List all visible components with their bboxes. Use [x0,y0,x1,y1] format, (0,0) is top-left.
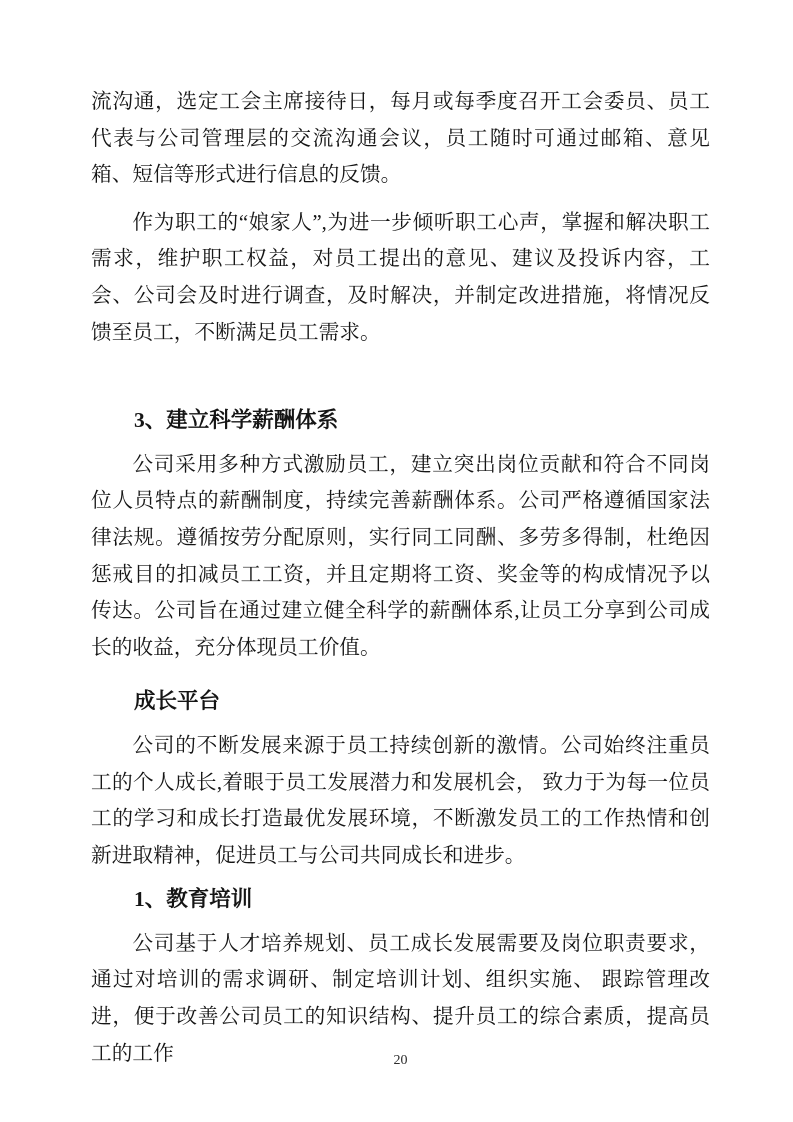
paragraph-growth-platform: 公司的不断发展来源于员工持续创新的激情。公司始终注重员工的个人成长,着眼于员工发… [91,728,710,874]
heading-salary-system: 3、建立科学薪酬体系 [91,402,710,439]
page-footer: 20 [91,1051,710,1069]
document-page: 流沟通，选定工会主席接待日，每月或每季度召开工会委员、员工代表与公司管理层的交流… [0,0,793,1122]
document-content: 流沟通，选定工会主席接待日，每月或每季度召开工会委员、员工代表与公司管理层的交流… [91,84,710,1072]
paragraph-union-communication: 流沟通，选定工会主席接待日，每月或每季度召开工会委员、员工代表与公司管理层的交流… [91,84,710,194]
paragraph-employee-voice: 作为职工的“娘家人”,为进一步倾听职工心声，掌握和解决职工需求，维护职工权益，对… [91,205,710,351]
page-number: 20 [394,1053,408,1068]
paragraph-salary-system: 公司采用多种方式激励员工，建立突出岗位贡献和符合不同岗位人员特点的薪酬制度，持续… [91,447,710,667]
heading-education-training: 1、教育培训 [91,881,710,918]
heading-growth-platform: 成长平台 [91,683,710,720]
